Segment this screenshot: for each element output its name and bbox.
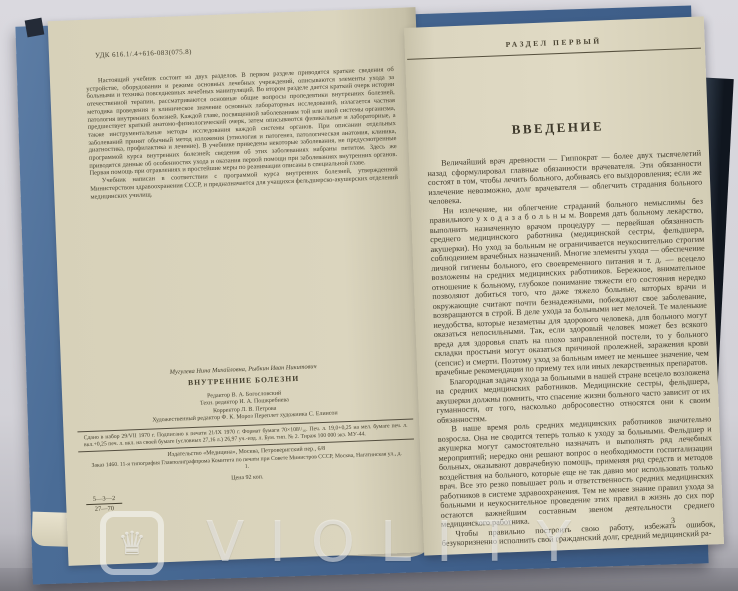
annotation-paragraph: Настоящий учебник состоит из двух раздел… bbox=[86, 66, 398, 178]
colophon-block: Мугулева Нина Михайловна, Рыбкин Иван Ни… bbox=[75, 360, 415, 488]
page-body: Величайший врач древности — Гиппократ — … bbox=[427, 149, 716, 549]
section-header: РАЗДЕЛ ПЕРВЫЙ bbox=[407, 33, 701, 53]
print-code-bottom: 27—70 bbox=[86, 504, 122, 513]
udk-number: УДК 616.1/.4+616-083(075.8) bbox=[95, 48, 192, 60]
chapter-title: ВВЕДЕНИЕ bbox=[408, 114, 708, 142]
section-header-rule: РАЗДЕЛ ПЕРВЫЙ bbox=[407, 33, 701, 60]
right-page: РАЗДЕЛ ПЕРВЫЙ ВВЕДЕНИЕ Величайший врач д… bbox=[404, 16, 724, 555]
left-page: УДК 616.1/.4+616-083(075.8) Настоящий уч… bbox=[48, 7, 437, 566]
annotation-block: Настоящий учебник состоит из двух раздел… bbox=[86, 66, 399, 201]
book-cover-corner bbox=[25, 18, 45, 38]
body-paragraph: Ни излечение, ни облегчение страданий бо… bbox=[429, 196, 709, 377]
book-photo: УДК 616.1/.4+616-083(075.8) Настоящий уч… bbox=[0, 0, 738, 591]
body-paragraph: В наше время роль средних медицинских ра… bbox=[437, 414, 715, 529]
page-number: 3 bbox=[671, 516, 675, 525]
credits-block: Редактор В. А. Богословский Техн. редакт… bbox=[76, 386, 413, 429]
print-code: 5—3—2 27—70 bbox=[86, 495, 123, 513]
